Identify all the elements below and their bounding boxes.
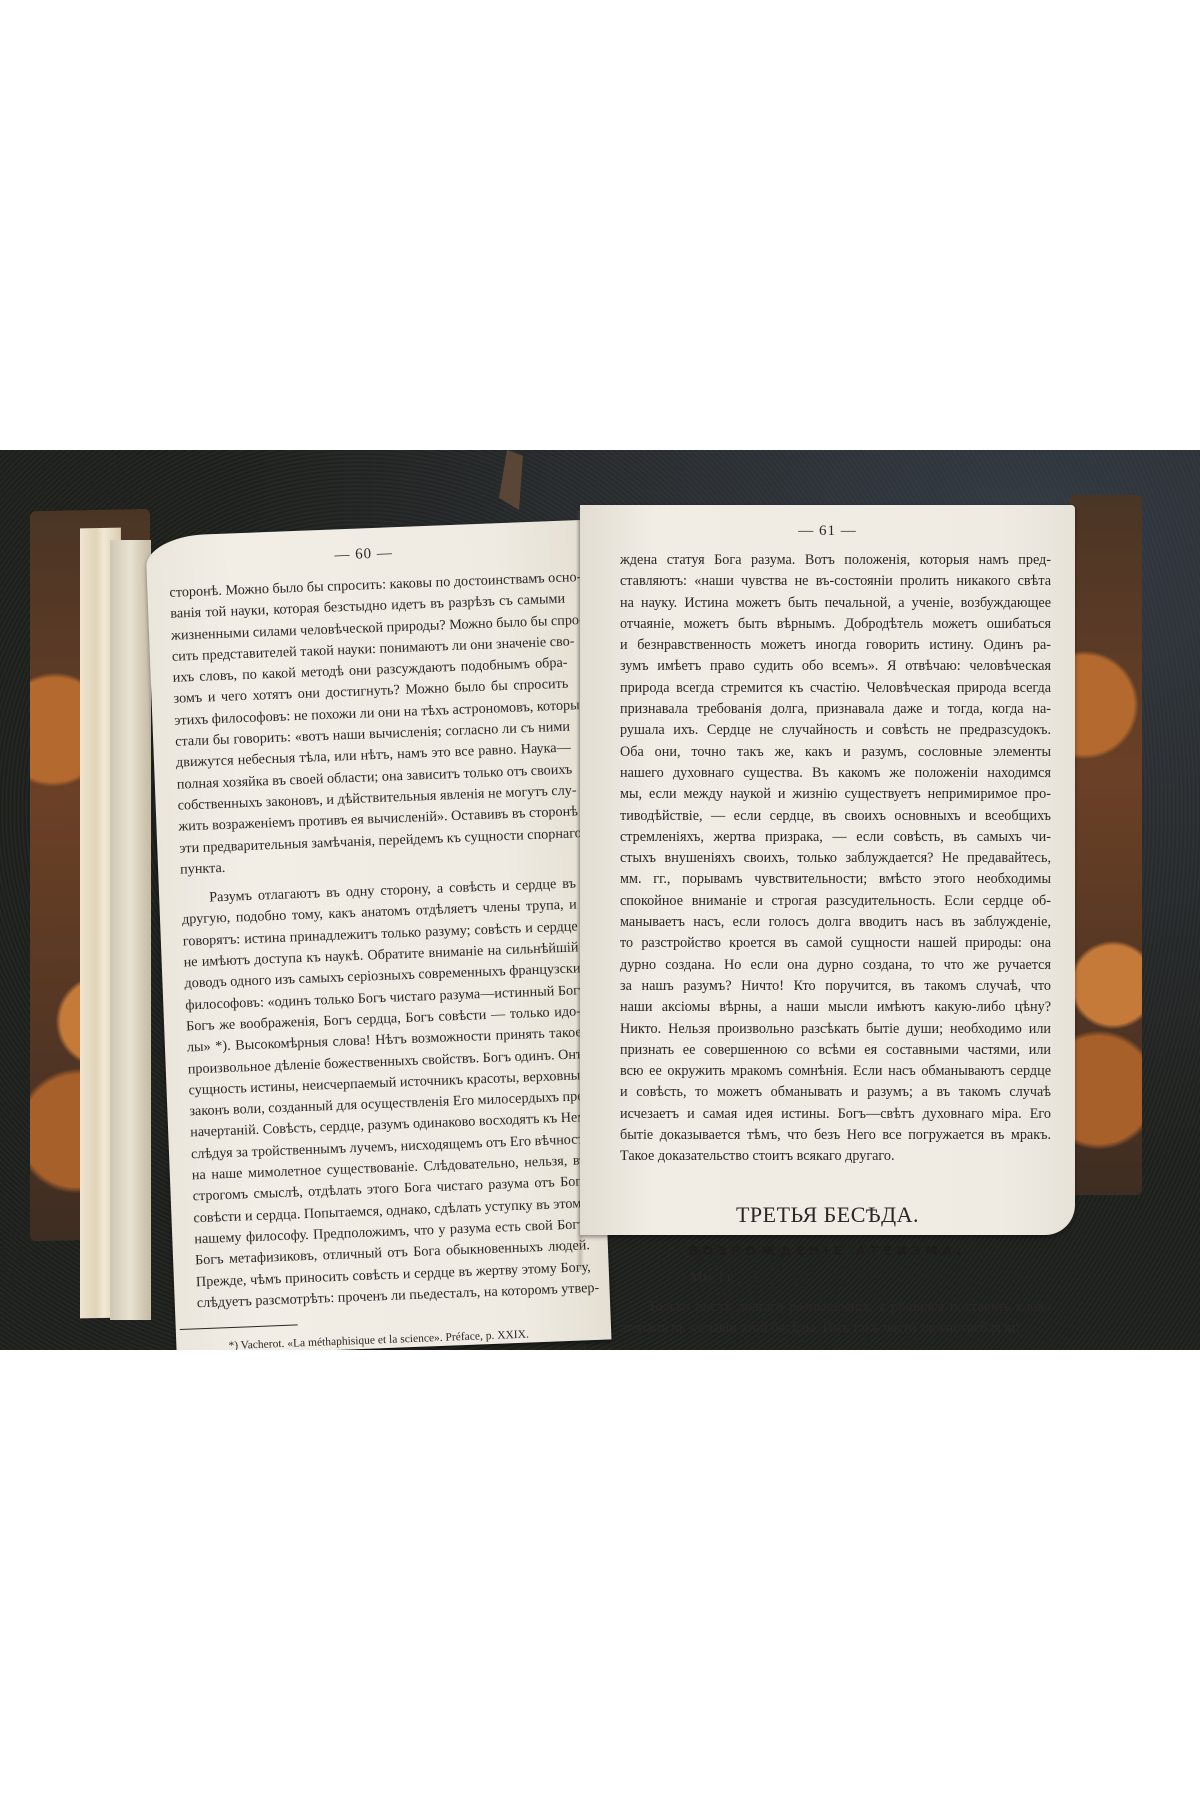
marbled-cover-right xyxy=(1070,495,1142,1195)
text-line: рушала ихъ. Сердце не случайность и совѣ… xyxy=(620,720,1051,741)
text-line: за нашъ разумъ? Ничто! Кто поручится, въ… xyxy=(620,976,1051,997)
text-line: стыхъ внушеніяхъ своихъ, только заблужда… xyxy=(620,848,1051,869)
left-page-body: сторонѣ. Можно было бы спросить: каковы … xyxy=(147,555,610,1315)
right-page-body-2: Только послѣ долгаго размышленія, я рѣши… xyxy=(580,1287,1075,1340)
chapter-title: ТРЕТЬЯ БЕСѢДА. xyxy=(580,1202,1075,1228)
text-line: признавала требованія долга, признавала … xyxy=(620,699,1051,720)
text-line: манываетъ насъ, если голосъ долга вводит… xyxy=(620,912,1051,933)
text-line: ставляютъ: «наши чувства не въ-состояніи… xyxy=(620,571,1051,592)
book-photo: — 60 — сторонѣ. Можно было бы спросить: … xyxy=(0,450,1200,1350)
cover-tear xyxy=(495,450,535,510)
paragraph: Разумъ отлагаютъ въ одну сторону, а совѣ… xyxy=(181,874,592,1315)
left-page: — 60 — сторонѣ. Можно было бы спросить: … xyxy=(145,520,611,1350)
text-line: тиводѣйствіе, — если сердце, въ своихъ о… xyxy=(620,806,1051,827)
text-line: исчезаетъ и самая идея истины. Богъ—свѣт… xyxy=(620,1104,1051,1125)
text-line: бытіе доказывается тѣмъ, что безъ Него в… xyxy=(620,1125,1051,1146)
footnote-rule xyxy=(180,1325,298,1331)
text-line: стремленіяхъ, жертва призрака, — если со… xyxy=(620,827,1051,848)
text-line: и совѣсть, то можетъ обманывать и разумъ… xyxy=(620,1082,1051,1103)
paragraph: ждена статуя Бога разума. Вотъ положенія… xyxy=(620,550,1051,1168)
text-line: отчаяніе, можетъ быть вѣрнымъ. Добродѣте… xyxy=(620,614,1051,635)
text-line: природа всегда стремится къ счастію. Чел… xyxy=(620,678,1051,699)
text-line: спокойное вниманіе и строгая разсудитель… xyxy=(620,891,1051,912)
text-line: атеизмъ въ заглавіи этой бесѣды. Имъ так… xyxy=(620,1318,1051,1339)
chapter-subtitle: ВОЗРОЖДЕНІЕ АТЕИЗМА. xyxy=(580,1244,1075,1258)
text-line: признать ее совершенною со всѣми ея сост… xyxy=(620,1040,1051,1061)
right-page: — 61 — ждена статуя Бога разума. Вотъ по… xyxy=(580,505,1075,1235)
paragraph: сторонѣ. Можно было бы спросить: каковы … xyxy=(169,568,575,881)
page-stack-edge-inner xyxy=(110,540,151,1320)
text-line: дурно создана. Но если она дурно создана… xyxy=(620,955,1051,976)
text-line: Только послѣ долгаго размышленія, я рѣши… xyxy=(620,1297,1051,1318)
page-number-right: — 61 — xyxy=(580,523,1075,540)
text-line: мм. гг., порывамъ чувствительности; вмѣс… xyxy=(620,869,1051,890)
text-line: ждена статуя Бога разума. Вотъ положенія… xyxy=(620,550,1051,571)
text-line: нашего духовнаго существа. Въ какомъ же … xyxy=(620,763,1051,784)
text-line: на науку. Истина можетъ быть печальной, … xyxy=(620,593,1051,614)
text-line: мы, если между наукой и жизнію существуе… xyxy=(620,784,1051,805)
text-line: Оба они, точно такъ же, какъ и разумъ, с… xyxy=(620,742,1051,763)
right-page-body: ждена статуя Бога разума. Вотъ положенія… xyxy=(580,540,1075,1168)
text-line: Такое доказательство стоитъ всякаго друг… xyxy=(620,1146,1051,1167)
text-line: всю ее окружить мракомъ сомнѣнія. Если н… xyxy=(620,1061,1051,1082)
text-line: зумъ имѣетъ право судить обо всемъ». Я о… xyxy=(620,656,1051,677)
text-line: наши аксіомы вѣрны, а наши мысли имѣютъ … xyxy=(620,997,1051,1018)
salutation: Мм. Гг. xyxy=(580,1270,1075,1287)
paragraph: Только послѣ долгаго размышленія, я рѣши… xyxy=(620,1297,1051,1340)
text-line: и безнравственность можетъ иногда говори… xyxy=(620,635,1051,656)
text-line: Никто. Нельзя произвольно разсѣкать быті… xyxy=(620,1019,1051,1040)
text-line: то разстройство кроется въ самой сущност… xyxy=(620,933,1051,954)
